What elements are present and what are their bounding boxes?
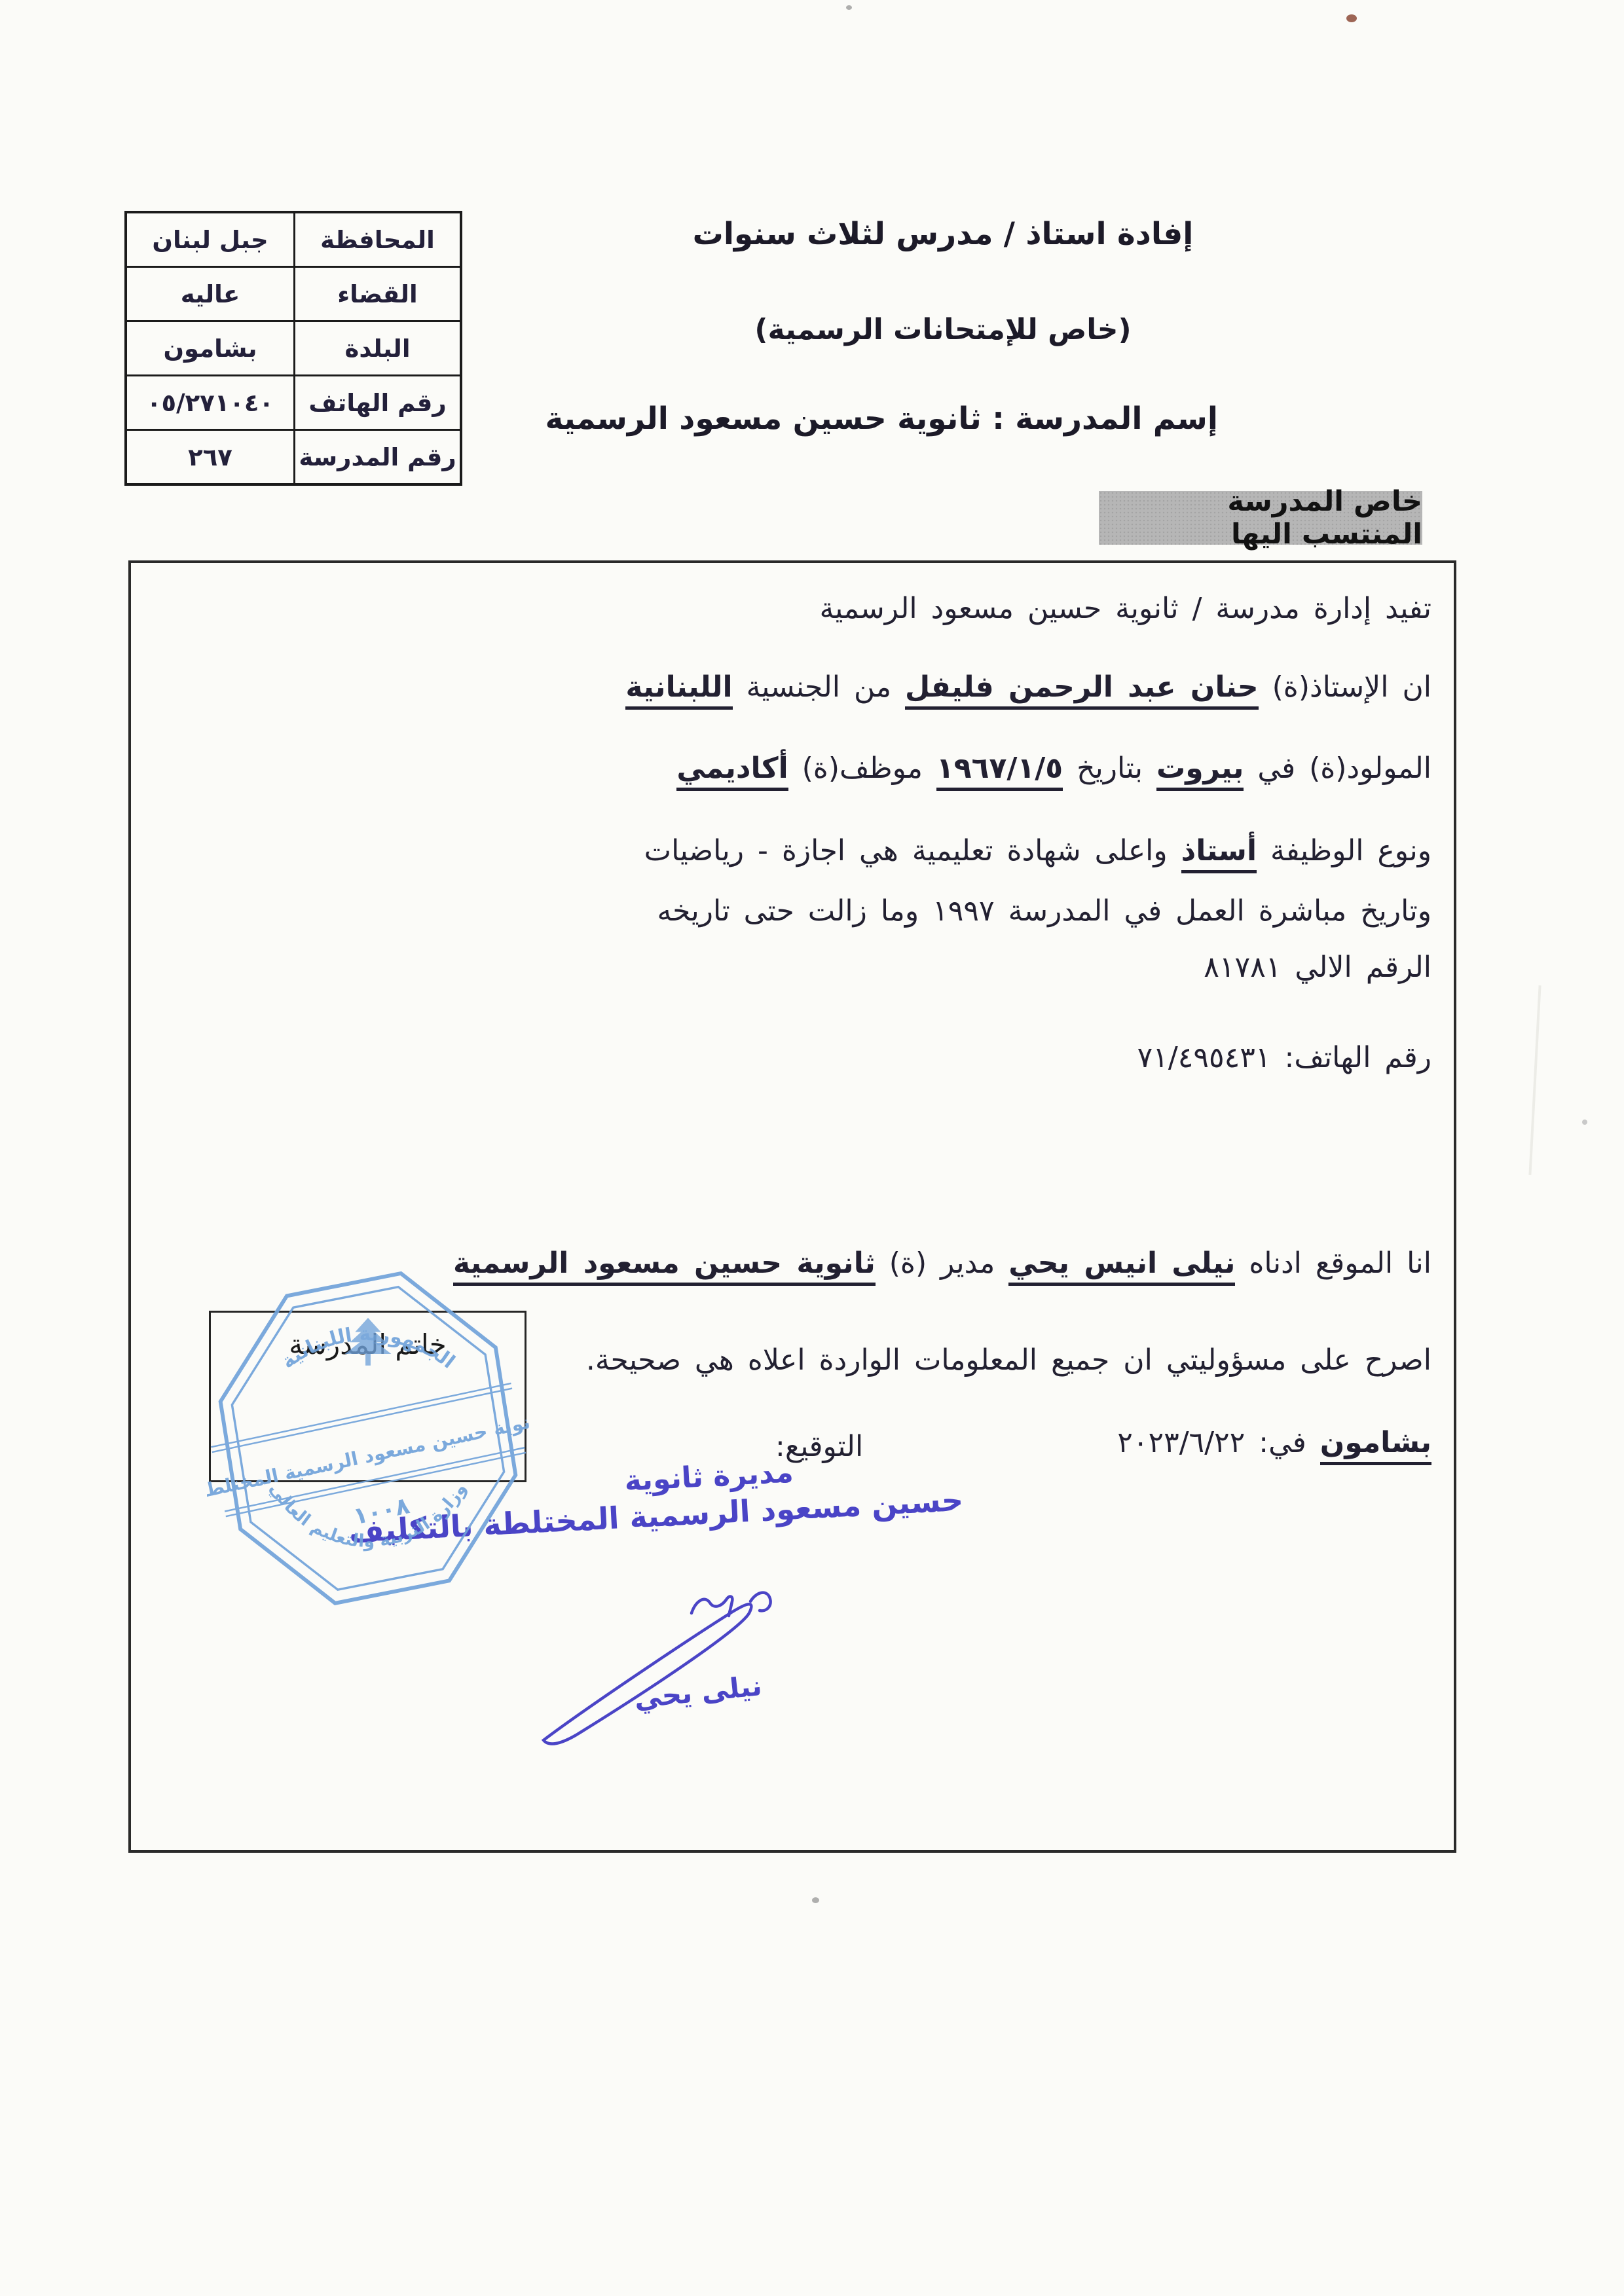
row-label: القضاء bbox=[293, 268, 460, 320]
body-line-declare: انا الموقع ادناه نيلى انيس يحي مدير (ة) … bbox=[453, 1247, 1431, 1280]
handwritten-signature bbox=[534, 1579, 796, 1749]
intro-text: تفيد إدارة مدرسة / ثانوية حسين مسعود الر… bbox=[820, 592, 1431, 625]
body-line-job: ونوع الوظيفة أستاذ واعلى شهادة تعليمية ه… bbox=[644, 834, 1431, 867]
seal-school-name: ثانوية حسين مسعود الرسمية المختلطة bbox=[207, 1408, 529, 1503]
body-line-intro: تفيد إدارة مدرسة / ثانوية حسين مسعود الر… bbox=[820, 592, 1431, 625]
row-label: البلدة bbox=[293, 322, 460, 374]
declare-mid: مدير (ة) bbox=[876, 1247, 1009, 1280]
body-line-place-date: بشامون في: ٢٠٢٣/٦/٢٢ bbox=[1117, 1426, 1431, 1459]
registry-no: الرقم الالي ٨١٧٨١ bbox=[1204, 951, 1431, 984]
body-line-declare2: اصرح على مسؤوليتي ان جميع المعلومات الوا… bbox=[586, 1343, 1431, 1377]
declare-prefix: انا الموقع ادناه bbox=[1235, 1247, 1431, 1280]
school-seal-stamp: الجمهورية اللبنانية ثانوية حسين مسعود ال… bbox=[207, 1252, 529, 1618]
scan-speck bbox=[846, 5, 852, 10]
table-row: رقم الهاتف ٠٥/٢٧١٠٤٠ bbox=[127, 374, 460, 429]
nationality: اللبنانية bbox=[625, 670, 732, 710]
paper-crease bbox=[1528, 985, 1541, 1175]
work-start: وتاريخ مباشرة العمل في المدرسة ١٩٩٧ وما … bbox=[657, 894, 1431, 928]
row-value: بشامون bbox=[127, 322, 293, 374]
scan-speck bbox=[1582, 1120, 1587, 1125]
body-line-registry: الرقم الالي ٨١٧٨١ bbox=[1204, 951, 1431, 984]
row-value: ٠٥/٢٧١٠٤٠ bbox=[127, 376, 293, 429]
birth-prefix: المولود(ة) في bbox=[1244, 752, 1431, 785]
document-title: إفادة استاذ / مدرس لثلاث سنوات bbox=[668, 216, 1218, 252]
row-label: المحافظة bbox=[293, 213, 460, 266]
place-name: بشامون bbox=[1320, 1426, 1431, 1465]
certificate-body-box: تفيد إدارة مدرسة / ثانوية حسين مسعود الر… bbox=[128, 560, 1456, 1853]
row-value: جبل لبنان bbox=[127, 213, 293, 266]
document-subtitle: (خاص للإمتحانات الرسمية) bbox=[668, 313, 1218, 346]
section-label: خاص المدرسة المنتسب اليها bbox=[1099, 491, 1422, 545]
director-name: نيلى انيس يحي bbox=[1008, 1247, 1235, 1286]
birth-place: بيروت bbox=[1156, 752, 1244, 791]
row-value: عاليه bbox=[127, 268, 293, 320]
declare2-text: اصرح على مسؤوليتي ان جميع المعلومات الوا… bbox=[586, 1343, 1431, 1377]
birth-mid: بتاريخ bbox=[1063, 752, 1156, 785]
phone-number: رقم الهاتف: ٧١/٤٩٥٤٣١ bbox=[1137, 1041, 1431, 1074]
scan-speck bbox=[1346, 14, 1357, 22]
row-label: رقم المدرسة bbox=[293, 431, 460, 483]
table-row: رقم المدرسة ٢٦٧ bbox=[127, 429, 460, 483]
teacher-name: حنان عبد الرحمن فليفل bbox=[905, 670, 1259, 710]
job-title: أستاذ bbox=[1181, 834, 1257, 873]
teacher-prefix: ان الإستاذ(ة) bbox=[1259, 670, 1431, 704]
employee-type: أكاديمي bbox=[676, 752, 788, 791]
school-name-line: إسم المدرسة : ثانوية حسين مسعود الرسمية bbox=[668, 401, 1218, 437]
table-row: المحافظة جبل لبنان bbox=[127, 213, 460, 266]
row-value: ٢٦٧ bbox=[127, 431, 293, 483]
scan-speck bbox=[812, 1897, 819, 1903]
birth-mid2: موظف(ة) bbox=[788, 752, 936, 785]
director-stamp-text: مديرة ثانوية حسين مسعود الرسمية المختلطة… bbox=[456, 1446, 965, 1546]
signature-stroke bbox=[544, 1593, 771, 1744]
body-line-workstart: وتاريخ مباشرة العمل في المدرسة ١٩٩٧ وما … bbox=[657, 894, 1431, 928]
birth-date: ١٩٦٧/١/٥ bbox=[936, 752, 1063, 791]
table-row: البلدة بشامون bbox=[127, 320, 460, 374]
scanned-certificate-page: المحافظة جبل لبنان القضاء عاليه البلدة ب… bbox=[0, 0, 1624, 2296]
job-suffix: واعلى شهادة تعليمية هي اجازة - رياضيات bbox=[644, 834, 1181, 867]
body-line-teacher: ان الإستاذ(ة) حنان عبد الرحمن فليفل من ا… bbox=[625, 670, 1431, 704]
body-line-birth: المولود(ة) في بيروت بتاريخ ١٩٦٧/١/٥ موظف… bbox=[676, 752, 1431, 785]
date-text: في: ٢٠٢٣/٦/٢٢ bbox=[1117, 1426, 1320, 1459]
table-row: القضاء عاليه bbox=[127, 266, 460, 320]
body-line-phone: رقم الهاتف: ٧١/٤٩٥٤٣١ bbox=[1137, 1041, 1431, 1074]
job-prefix: ونوع الوظيفة bbox=[1257, 834, 1431, 867]
teacher-mid: من الجنسية bbox=[733, 670, 905, 704]
row-label: رقم الهاتف bbox=[293, 376, 460, 429]
school-info-table: المحافظة جبل لبنان القضاء عاليه البلدة ب… bbox=[124, 211, 462, 486]
